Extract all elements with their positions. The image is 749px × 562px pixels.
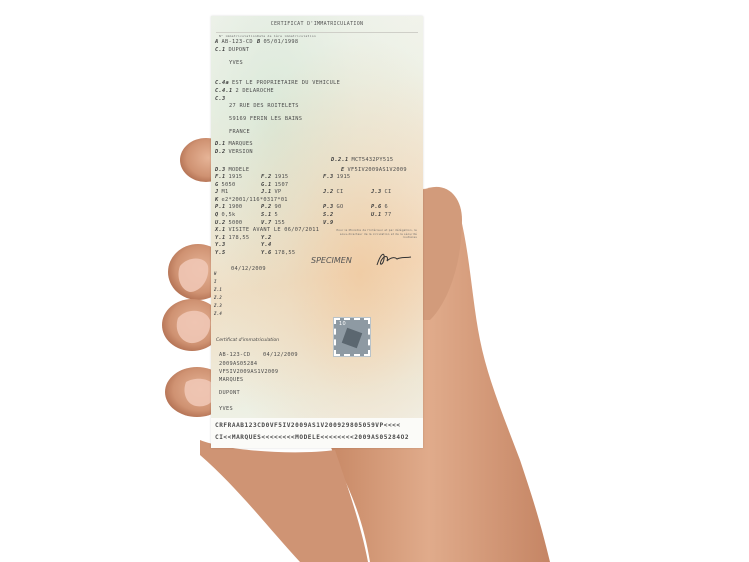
tech-field-y4: Y.4 — [261, 242, 274, 248]
field-address-street: 27 RUE DES ROITELETS — [229, 103, 299, 109]
registration-certificate: CERTIFICAT D'IMMATRICULATION N° immatric… — [211, 16, 423, 448]
specimen-mark: SPECIMEN — [311, 256, 352, 265]
tech-field-y3: Y.3 — [215, 242, 228, 248]
coupon-firstname: YVES — [219, 406, 233, 412]
tech-field-f3: F.31915 — [323, 174, 350, 180]
coupon-date: 04/12/2009 — [263, 352, 298, 358]
field-b: B05/01/1998 — [257, 39, 298, 45]
stamp-emblem — [342, 328, 363, 349]
field-address-city: 59169 FERIN LES BAINS — [229, 116, 302, 122]
tech-field-v7: V.7155 — [261, 220, 285, 226]
label-registration-no: N° immatriculation — [219, 34, 257, 38]
tech-field-y1: Y.1178,55 — [215, 235, 249, 241]
tech-field-j2: J.2CI — [323, 189, 343, 195]
field-address-country: FRANCE — [229, 129, 250, 135]
field-d21: D.2.1MCT5432PY515 — [331, 157, 393, 163]
tech-field-x1: X.1VISITE AVANT LE 06/07/2011 — [215, 227, 319, 233]
issue-date: 04/12/2009 — [231, 266, 266, 272]
mrz-line-2: CI<<MARQUES<<<<<<<<MODELE<<<<<<<<2009AS0… — [215, 434, 409, 441]
signature — [375, 249, 415, 269]
tech-field-y2: Y.2 — [261, 235, 274, 241]
tech-field-y6: Y.6178,55 — [261, 250, 295, 256]
tech-field-p2: P.290 — [261, 204, 281, 210]
coupon-vin: VF5IV2009AS1V2009 — [219, 369, 278, 375]
field-c4a: C.4aEST LE PROPRIETAIRE DU VEHICULE — [215, 80, 340, 86]
tech-field-v9: V.9 — [323, 220, 336, 226]
mrz-line-1: CRFRAAB123CD0VF5IV2009AS1V200929805059VP… — [215, 422, 401, 429]
coupon-title: Certificat d'immatriculation — [216, 338, 279, 343]
tech-field-g1: G.11507 — [261, 182, 288, 188]
margin-codes: H I Z.1 Z.2 Z.3 Z.4 — [214, 270, 222, 318]
field-d3: D.3MODELE — [215, 167, 249, 173]
tech-field-p6: P.66 — [371, 204, 388, 210]
field-firstname: YVES — [229, 60, 243, 66]
photo-scene: CERTIFICAT D'IMMATRICULATION N° immatric… — [0, 0, 749, 562]
coupon-reg-no: AB-123-CD — [219, 352, 250, 358]
label-first-registration: Date de 1ère immatriculation — [257, 34, 316, 38]
tech-field-u1: U.177 — [371, 212, 391, 218]
field-d1: D.1MARQUES — [215, 141, 253, 147]
coupon-formula-no: 2009AS05284 — [219, 361, 257, 367]
certificate-title: CERTIFICAT D'IMMATRICULATION — [211, 21, 423, 27]
field-d2: D.2VERSION — [215, 149, 253, 155]
tech-field-u2: U.25000 — [215, 220, 242, 226]
prefect-delegation-text: Pour le Ministre de l'Intérieur et par d… — [331, 229, 417, 240]
field-e: EVF5IV2009AS1V2009 — [341, 167, 407, 173]
field-c1: C.1DUPONT — [215, 47, 249, 53]
header-divider — [216, 32, 418, 33]
tech-field-q: Q0,5k — [215, 212, 235, 218]
tech-field-f1: F.11915 — [215, 174, 242, 180]
field-a: AAB-123-CD — [215, 39, 253, 45]
tech-field-s1: S.15 — [261, 212, 278, 218]
tech-field-j3: J.3CI — [371, 189, 391, 195]
security-stamp: 10 — [334, 318, 370, 356]
machine-readable-zone: CRFRAAB123CD0VF5IV2009AS1V200929805059VP… — [211, 418, 423, 448]
tech-field-j1: J.1VP — [261, 189, 281, 195]
coupon-surname: DUPONT — [219, 390, 240, 396]
field-c3: C.3 — [215, 96, 228, 102]
tech-field-s2: S.2 — [323, 212, 336, 218]
tech-field-p3: P.3GO — [323, 204, 343, 210]
coupon-brand: MARQUES — [219, 377, 243, 383]
tech-field-f2: F.21915 — [261, 174, 288, 180]
tech-field-p1: P.11900 — [215, 204, 242, 210]
tech-field-y5: Y.5 — [215, 250, 228, 256]
tech-field-g: G5050 — [215, 182, 235, 188]
tech-field-j: JM1 — [215, 189, 228, 195]
tech-field-k: Ke2*2001/116*0317*01 — [215, 197, 288, 203]
field-c41: C.4.12 DELAROCHE — [215, 88, 274, 94]
